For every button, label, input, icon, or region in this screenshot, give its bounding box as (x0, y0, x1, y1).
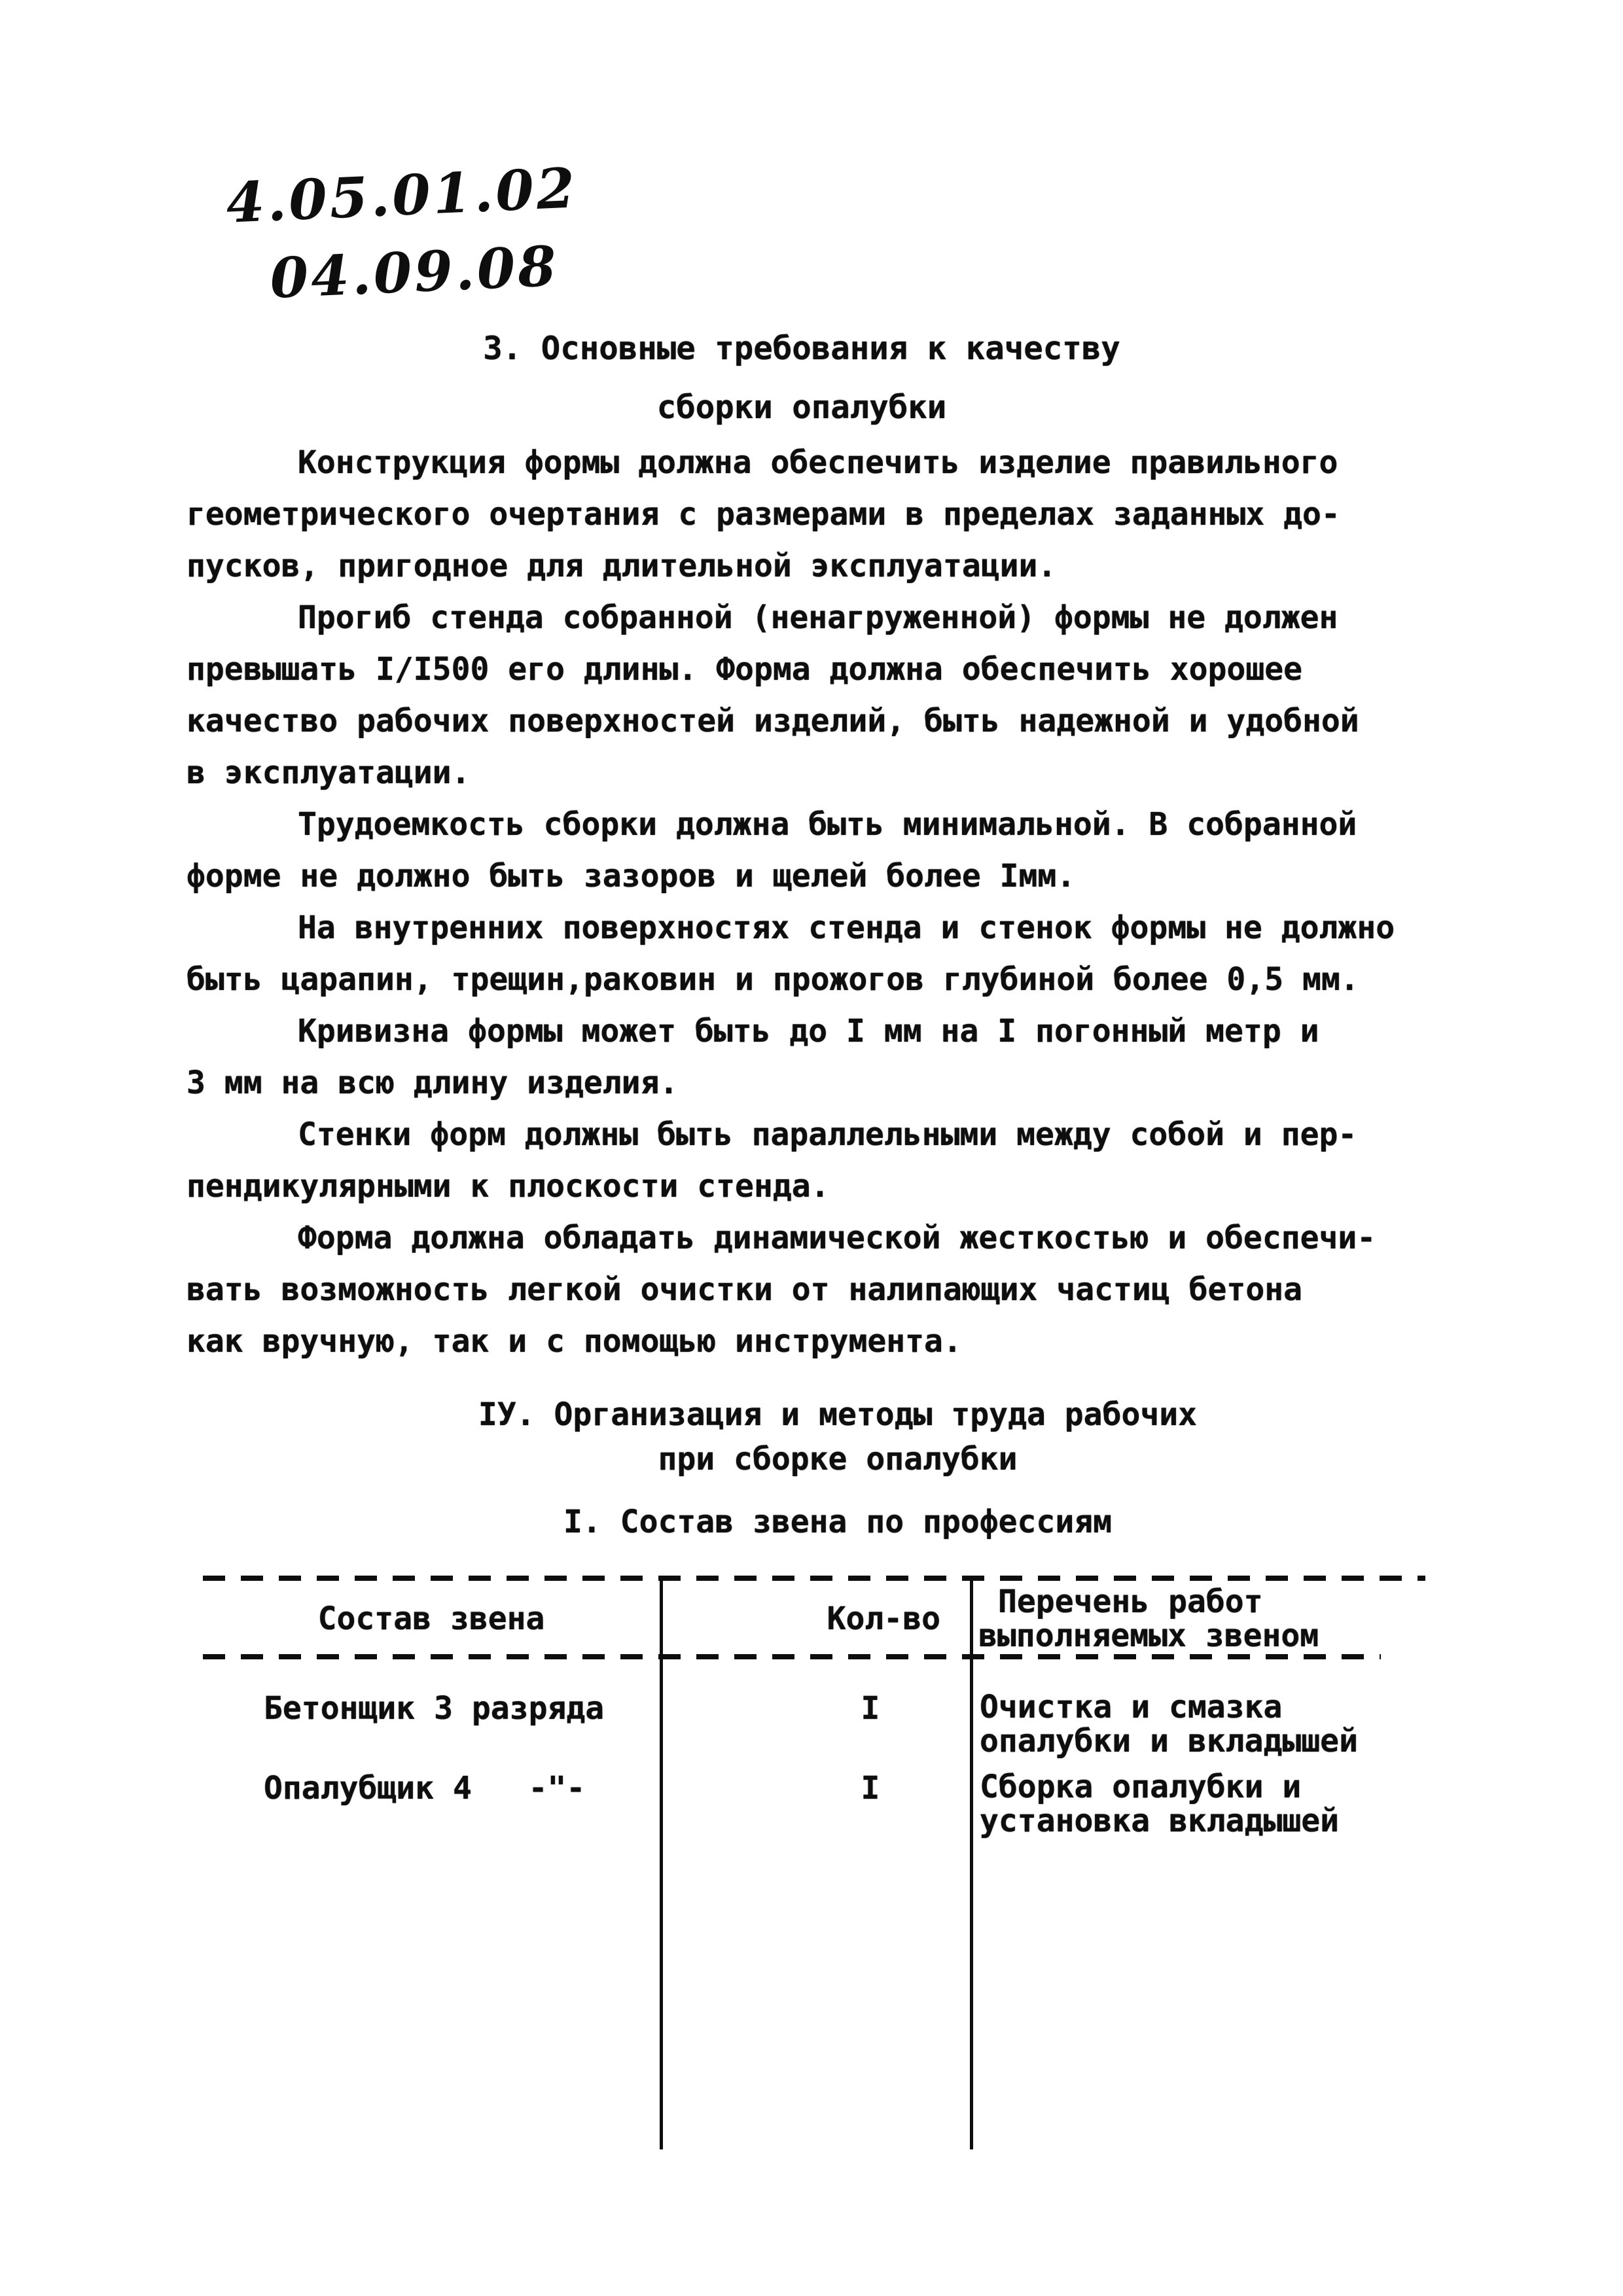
handwritten-code-line1: 4.05.01.02 (224, 149, 579, 241)
paragraph-line: в эксплуатации. (187, 747, 1430, 799)
table-header-crew: Состав звена (203, 1602, 660, 1636)
paragraph-line: Трудоемкость сборки должна быть минималь… (187, 799, 1430, 851)
section-heading: IУ. Организация и методы труда рабочих п… (187, 1392, 1489, 1544)
table-row2-member: Опалубщик 4 -"- (264, 1771, 585, 1805)
table-row1-work-line2: опалубки и вкладышей (980, 1724, 1358, 1758)
paragraph-line: Форма должна обладать динамической жестк… (187, 1212, 1430, 1264)
table-row1-member: Бетонщик 3 разряда (264, 1691, 604, 1725)
body-text: Конструкция формы должна обеспечить изде… (187, 437, 1430, 1368)
handwritten-annotation: 4.05.01.02 04.09.08 (224, 149, 582, 319)
scanned-document-page: { "doc": { "code1": "4.05.01.02", "code2… (0, 0, 1623, 2296)
table-row1-work-line1: Очистка и смазка (980, 1690, 1282, 1724)
section-subheading: I. Состав звена по профессиям (187, 1500, 1489, 1544)
paragraph-line: На внутренних поверхностях стенда и стен… (187, 902, 1430, 954)
paragraph-line: геометрического очертания с размерами в … (187, 489, 1430, 540)
table-header-works-line2: выполняемых звеном (978, 1619, 1319, 1653)
table-header-bottom-border (203, 1654, 1381, 1659)
paragraph-line: Конструкция формы должна обеспечить изде… (187, 437, 1430, 489)
table-column-divider-2 (970, 1577, 973, 2149)
paragraph-line: Прогиб стенда собранной (ненагруженной) … (187, 592, 1430, 644)
paragraph-line: Кривизна формы может быть до I мм на I п… (187, 1006, 1430, 1057)
table-top-border (203, 1576, 1425, 1581)
table-row2-qty: I (844, 1771, 897, 1805)
handwritten-code-line2: 04.09.08 (228, 226, 582, 319)
table-row2-work-line1: Сборка опалубки и (980, 1770, 1301, 1804)
table-row1-qty: I (844, 1691, 897, 1725)
paragraph-line: пендикулярными к плоскости стенда. (187, 1161, 1430, 1212)
paragraph-line: превышать I/I500 его длины. Форма должна… (187, 644, 1430, 696)
paragraph-line: пусков, пригодное для длительной эксплуа… (187, 540, 1430, 592)
document-title: 3. Основные требования к качеству сборки… (187, 319, 1417, 437)
paragraph-line: качество рабочих поверхностей изделий, б… (187, 696, 1430, 747)
paragraph-line: форме не должно быть зазоров и щелей бол… (187, 851, 1430, 902)
paragraph-line: быть царапин, трещин,раковин и прожогов … (187, 954, 1430, 1006)
section-heading-line-2: при сборке опалубки (187, 1437, 1489, 1481)
title-line-1: 3. Основные требования к качеству (187, 319, 1417, 378)
table-header-qty: Кол-во (663, 1602, 940, 1636)
title-line-2: сборки опалубки (187, 378, 1417, 437)
paragraph-line: 3 мм на всю длину изделия. (187, 1057, 1430, 1109)
section-heading-line-1: IУ. Организация и методы труда рабочих (187, 1392, 1489, 1437)
paragraph-line: вать возможность легкой очистки от налип… (187, 1264, 1430, 1316)
paragraph-line: Стенки форм должны быть параллельными ме… (187, 1109, 1430, 1161)
table-column-divider-1 (660, 1577, 663, 2149)
table-row2-work-line2: установка вкладышей (980, 1804, 1339, 1838)
table-header-works-line1: Перечень работ (998, 1585, 1263, 1619)
paragraph-line: как вручную, так и с помощью инструмента… (187, 1316, 1430, 1368)
